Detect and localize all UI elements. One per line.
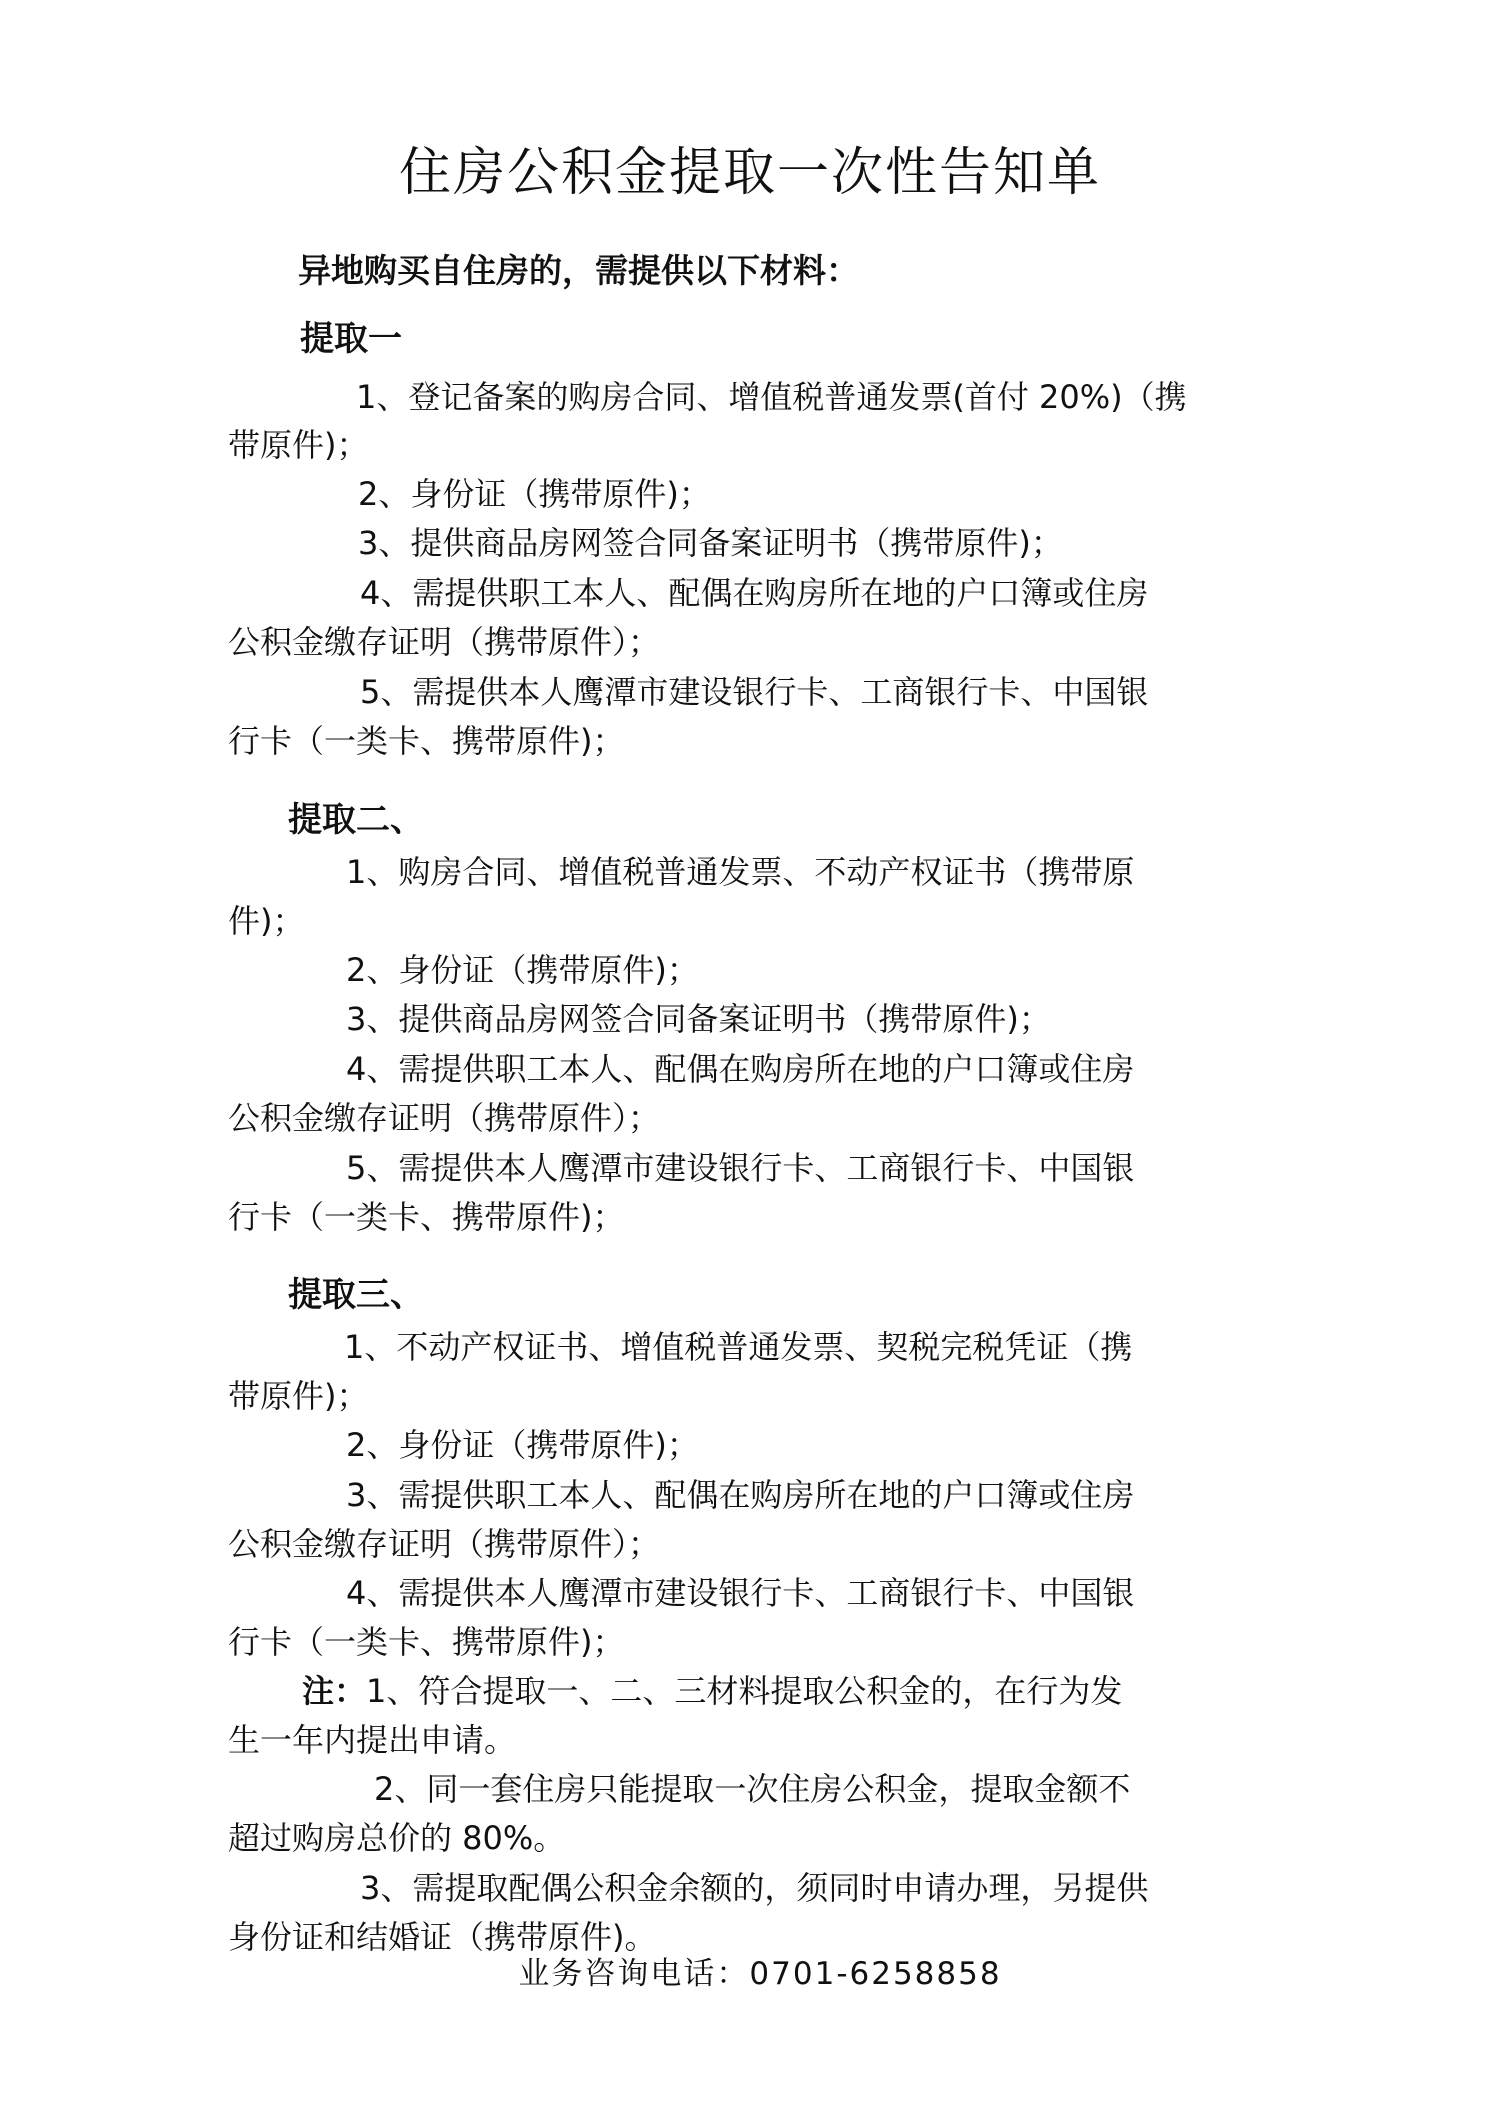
note-text: 1、符合提取一、二、三材料提取公积金的，在行为发 [366,1672,1122,1710]
list-item: 1、不动产权证书、增值税普通发票、契税完税凭证（携 [228,1323,1399,1371]
contact-phone: 业务咨询电话：0701-6258858 [0,1952,1500,1996]
list-item: 4、需提供职工本人、配偶在购房所在地的户口簿或住房 [228,569,1415,617]
list-item: 5、需提供本人鹰潭市建设银行卡、工商银行卡、中国银 [228,668,1415,716]
list-item-cont: 行卡（一类卡、携带原件)； [228,1193,1283,1241]
list-item-cont: 公积金缴存证明（携带原件）； [228,1094,1283,1142]
note-label: 注： [302,1672,366,1710]
list-item: 2、身份证（携带原件)； [228,1421,1401,1469]
list-item: 2、身份证（携带原件)； [228,470,1413,518]
list-item: 5、需提供本人鹰潭市建设银行卡、工商银行卡、中国银 [228,1144,1401,1192]
list-item-cont: 公积金缴存证明（携带原件）； [228,1520,1283,1568]
list-item-cont: 行卡（一类卡、携带原件)； [228,717,1283,765]
list-item-cont: 带原件)； [228,421,1283,469]
note-item-cont: 超过购房总价的 80%。 [228,1814,1283,1862]
list-item-cont: 行卡（一类卡、携带原件)； [228,1618,1283,1666]
list-item: 4、需提供职工本人、配偶在购房所在地的户口簿或住房 [228,1045,1401,1093]
list-item: 1、登记备案的购房合同、增值税普通发票(首付 20%)（携 [228,373,1411,421]
note-item: 注：1、符合提取一、二、三材料提取公积金的，在行为发 [228,1667,1357,1715]
list-item: 1、购房合同、增值税普通发票、不动产权证书（携带原 [228,848,1401,896]
note-item-cont: 生一年内提出申请。 [228,1716,1283,1764]
list-item: 3、提供商品房网签合同备案证明书（携带原件)； [228,995,1401,1043]
intro-text: 异地购买自住房的，需提供以下材料： [298,248,859,294]
list-item: 3、提供商品房网签合同备案证明书（携带原件)； [228,519,1413,567]
section-heading-3: 提取三、 [288,1272,424,1318]
list-item-cont: 公积金缴存证明（携带原件）； [228,618,1283,666]
list-item: 3、需提供职工本人、配偶在购房所在地的户口簿或住房 [228,1471,1401,1519]
note-item: 2、同一套住房只能提取一次住房公积金，提取金额不 [228,1765,1429,1813]
note-item: 3、需提取配偶公积金余额的，须同时申请办理，另提供 [228,1864,1415,1912]
list-item-cont: 带原件)； [228,1372,1283,1420]
section-heading-1: 提取一 [300,316,402,362]
list-item: 4、需提供本人鹰潭市建设银行卡、工商银行卡、中国银 [228,1569,1401,1617]
list-item-cont: 件)； [228,897,1283,945]
page-title: 住房公积金提取一次性告知单 [0,138,1500,208]
section-heading-2: 提取二、 [288,797,424,843]
list-item: 2、身份证（携带原件)； [228,946,1401,994]
